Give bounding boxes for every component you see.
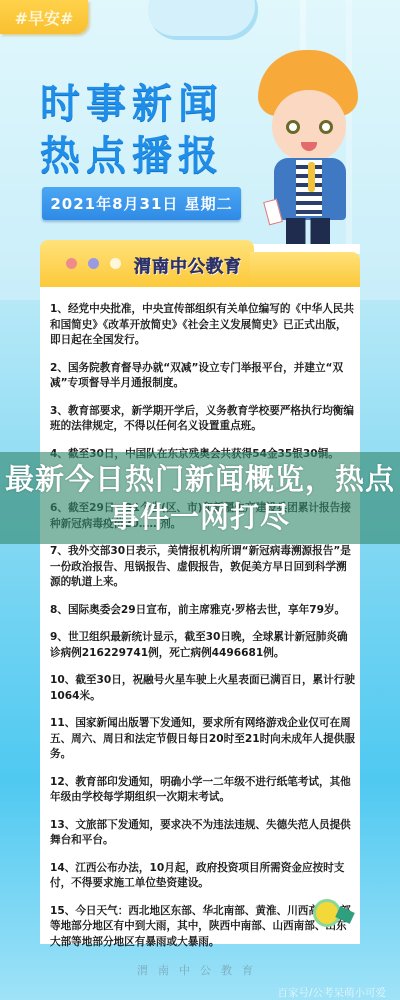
mascot-face — [272, 90, 346, 162]
cloud-illustration — [148, 0, 258, 40]
news-item-9: 9、世卫组织最新统计显示，截至30日晚，全球累计新冠肺炎确诊病例21622974… — [50, 630, 355, 661]
card-header-bar — [250, 252, 360, 287]
morning-tag: #早安# — [0, 0, 88, 34]
window-dot-white-icon — [110, 258, 121, 269]
window-dot-blue-icon — [88, 258, 99, 269]
mascot-eye-left — [286, 120, 300, 134]
news-item-10: 10、截至30日，祝融号火星车驶上火星表面已满百日，累计行驶1064米。 — [50, 673, 355, 704]
news-item-14: 14、江西公布办法，10月起，政府投资项目所需资金应按时支付，不得要求施工单位垫… — [50, 861, 355, 892]
news-list: 1、经党中央批准，中央宣传部组织有关单位编写的《中华人民共和国简史》《改革开放简… — [50, 302, 355, 962]
watermark: 百家号/公考呆萌小可爱 — [277, 985, 386, 1000]
news-item-1: 1、经党中央批准，中央宣传部组织有关单位编写的《中华人民共和国简史》《改革开放简… — [50, 302, 355, 349]
page-title-line1: 时事新闻 — [40, 72, 250, 129]
news-item-13: 13、文旅部下发通知，要求决不为违法违规、失德失范人员提供舞台和平台。 — [50, 818, 355, 849]
news-item-12: 12、教育部印发通知，明确小学一二年级不进行纸笔考试，其他年级由学校每学期组织一… — [50, 775, 355, 806]
news-item-3: 3、教育部要求，新学期开学后，义务教育学校要严格执行均衡编班的法律规定，不得以任… — [50, 404, 355, 435]
news-item-7: 7、我外交部30日表示，美情报机构所谓“新冠病毒溯源报告”是一份政治报告、甩锅报… — [50, 544, 355, 591]
microphone-icon — [308, 162, 315, 192]
reporter-mascot-illustration — [256, 50, 366, 250]
news-item-8: 8、国际奥委会29日宣布，前主席雅克·罗格去世，享年79岁。 — [50, 603, 355, 619]
news-item-11: 11、国家新闻出版署下发通知，要求所有网络游戏企业仅可在周五、周六、周日和法定节… — [50, 716, 355, 763]
megaphone-icon — [305, 893, 355, 933]
mascot-eye-right — [319, 120, 333, 134]
page-title-line2: 热点播报 — [40, 124, 250, 181]
date-badge: 2021年8月31日 星期二 — [42, 187, 241, 220]
window-dot-red-icon — [66, 258, 77, 269]
news-item-2: 2、国务院教育督导办就“双减”设立专门举报平台，并建立“双减”专项督导半月通报制… — [50, 361, 355, 392]
headline-overlay-text: 最新今日热门新闻概览，热点事件一网打尽 — [0, 452, 400, 544]
card-brand-title: 渭南中公教育 — [134, 252, 242, 274]
footer-brand: 渭南中公教育 — [0, 962, 400, 978]
